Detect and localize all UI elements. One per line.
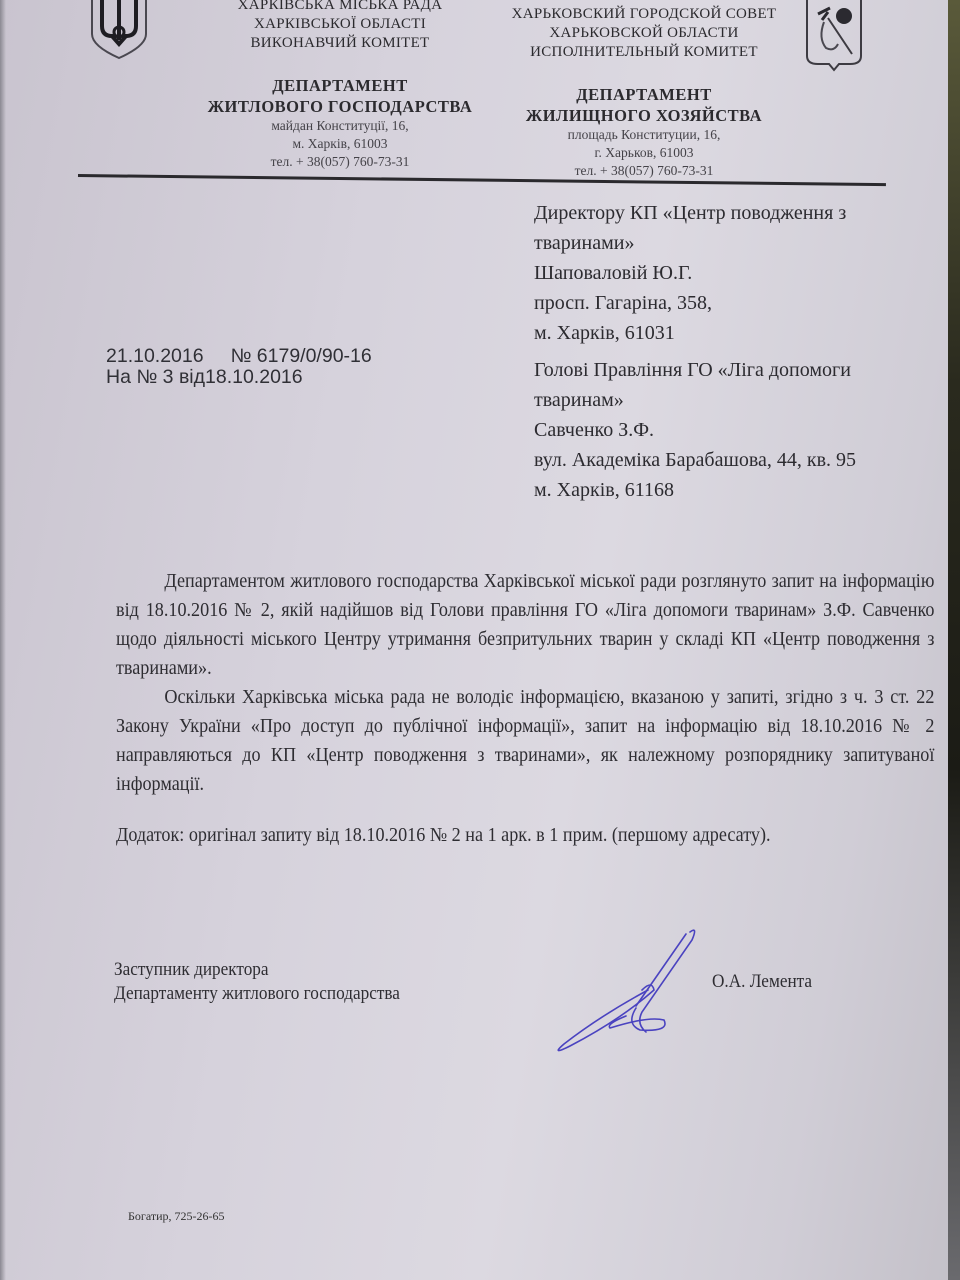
body-paragraph-2: Оскільки Харківська міська рада не волод…	[116, 683, 934, 799]
department-subtitle-ua: ЖИТЛОВОГО ГОСПОДАРСТВА	[190, 96, 490, 117]
signatory-position: Заступник директора Департаменту житлово…	[114, 958, 523, 1006]
signatory-position-line-2: Департаменту житлового господарства	[114, 982, 523, 1006]
ukraine-trident-emblem-icon	[88, 0, 150, 60]
executor-note: Богатир, 725-26-65	[128, 1209, 225, 1224]
kharkiv-coat-of-arms-icon	[804, 0, 864, 72]
letter-body: Департаментом житлового господарства Хар…	[116, 567, 934, 850]
recipient-2: Голові Правління ГО «Ліга допомоги твари…	[534, 355, 944, 505]
document-page: ХАРКІВСЬКА МІСЬКА РАДА ХАРКІВСЬКОЇ ОБЛАС…	[0, 0, 948, 1280]
address-street-ua: майдан Конституції, 16,	[190, 117, 490, 135]
committee-name-ru: ИСПОЛНИТЕЛЬНЫЙ КОМИТЕТ	[488, 43, 800, 62]
body-paragraph-1: Департаментом житлового господарства Хар…	[116, 567, 934, 683]
council-name-ua: ХАРКІВСЬКА МІСЬКА РАДА	[190, 0, 490, 15]
recipient-2-street: вул. Академіка Барабашова, 44, кв. 95	[534, 445, 944, 475]
council-name-ru: ХАРЬКОВСКИЙ ГОРОДСКОЙ СОВЕТ	[488, 5, 800, 24]
recipient-2-line: тваринам»	[534, 385, 944, 415]
outgoing-number: № 6179/0/90-16	[230, 345, 371, 367]
oblast-name-ua: ХАРКІВСЬКОЇ ОБЛАСТІ	[190, 15, 490, 34]
signatory-position-line-1: Заступник директора	[114, 958, 523, 982]
recipient-1-name: Шаповаловій Ю.Г.	[534, 258, 934, 288]
address-phone-ua: тел. + 38(057) 760-73-31	[190, 153, 490, 171]
paper-left-edge	[0, 0, 6, 1280]
outgoing-reference: 21.10.2016 № 6179/0/90-16 На № 3 від18.1…	[106, 346, 506, 388]
committee-name-ua: ВИКОНАВЧИЙ КОМІТЕТ	[190, 34, 490, 53]
letterhead-right: УКРАИНА ХАРЬКОВСКИЙ ГОРОДСКОЙ СОВЕТ ХАРЬ…	[488, 0, 800, 180]
recipient-1: Директору КП «Центр поводження з тварина…	[534, 198, 934, 348]
letterhead-left: ХАРКІВСЬКА МІСЬКА РАДА ХАРКІВСЬКОЇ ОБЛАС…	[190, 0, 490, 171]
oblast-name-ru: ХАРЬКОВСКОЙ ОБЛАСТИ	[488, 24, 800, 43]
background-edge	[948, 0, 960, 1280]
address-phone-ru: тел. + 38(057) 760-73-31	[488, 162, 800, 180]
recipient-2-name: Савченко З.Ф.	[534, 415, 944, 445]
department-title-ru: ДЕПАРТАМЕНТ	[488, 84, 800, 105]
recipient-1-city: м. Харків, 61031	[534, 318, 934, 348]
recipient-1-line: тваринами»	[534, 228, 934, 258]
recipient-2-city: м. Харків, 61168	[534, 475, 944, 505]
signatory-name: О.А. Лемента	[712, 970, 898, 994]
recipient-1-line: Директору КП «Центр поводження з	[534, 198, 934, 228]
incoming-reference: На № 3 від18.10.2016	[106, 367, 506, 388]
recipient-1-street: просп. Гагаріна, 358,	[534, 288, 934, 318]
address-city-ua: м. Харків, 61003	[190, 135, 490, 153]
address-city-ru: г. Харьков, 61003	[488, 144, 800, 162]
department-title-ua: ДЕПАРТАМЕНТ	[190, 75, 490, 96]
outgoing-date: 21.10.2016	[106, 345, 204, 367]
address-street-ru: площадь Конституции, 16,	[488, 126, 800, 144]
handwritten-signature-icon	[540, 920, 700, 1060]
attachment-note: Додаток: оригінал запиту від 18.10.2016 …	[116, 821, 934, 850]
recipient-2-line: Голові Правління ГО «Ліга допомоги	[534, 355, 944, 385]
department-subtitle-ru: ЖИЛИЩНОГО ХОЗЯЙСТВА	[488, 105, 800, 126]
